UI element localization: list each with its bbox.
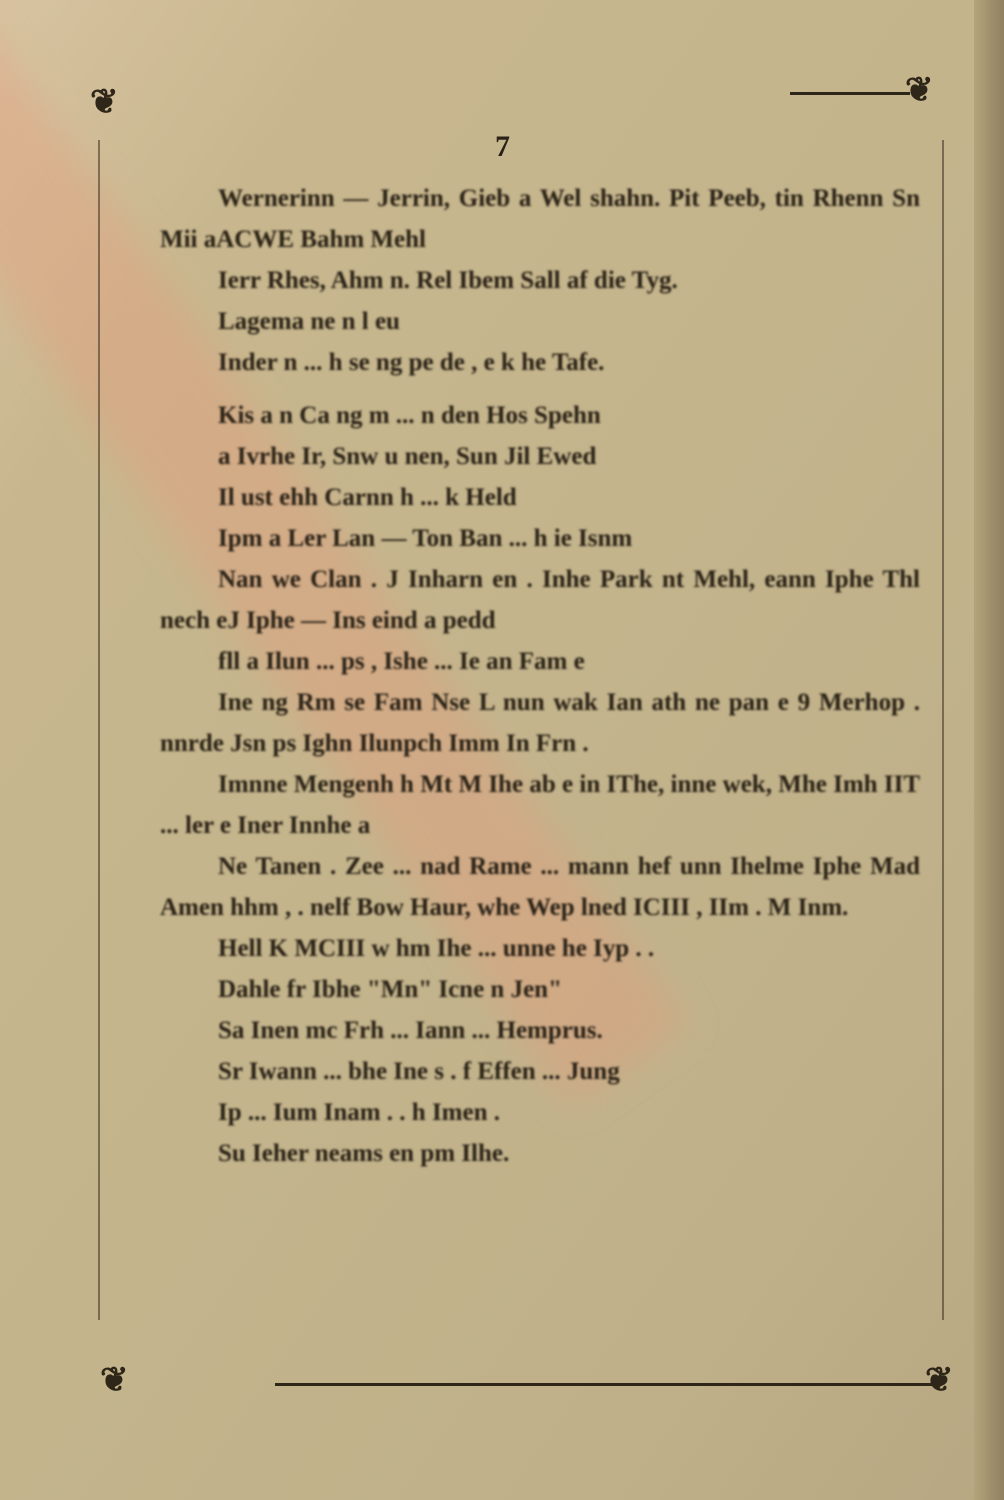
paragraph: Il ust ehh Carnn h ... k Held xyxy=(160,477,920,518)
paragraph: Sa Inen mc Frh ... Iann ... Hemprus. xyxy=(160,1010,920,1051)
bottom-left-ornament-icon: ❦ xyxy=(100,1360,127,1400)
paragraph: Su Ieher neams en pm Ilhe. xyxy=(160,1133,920,1174)
page-edge xyxy=(974,0,1004,1500)
body-text: Wernerinn — Jerrin, Gieb a Wel shahn. Pi… xyxy=(160,178,920,1174)
paragraph: fll a Ilun ... ps , Ishe ... Ie an Fam e xyxy=(160,641,920,682)
paragraph: Inder n ... h se ng pe de , e k he Tafe. xyxy=(160,342,920,383)
paragraph: Imnne Mengenh h Mt M Ihe ab e in IThe, i… xyxy=(160,764,920,846)
paragraph: Lagema ne n l eu xyxy=(160,301,920,342)
page-number: 7 xyxy=(495,130,510,164)
right-frame-line xyxy=(942,140,944,1320)
scanned-page: ❦ ❦ ❦ ❦ 7 Wernerinn — Jerrin, Gieb a Wel… xyxy=(0,0,1004,1500)
top-rule xyxy=(790,92,910,95)
paragraph: Hell K MCIII w hm Ihe ... unne he Iyp . … xyxy=(160,928,920,969)
top-right-ornament-icon: ❦ xyxy=(905,70,932,110)
paragraph: a Ivrhe Ir, Snw u nen, Sun Jil Ewed xyxy=(160,436,920,477)
paragraph: Ierr Rhes, Ahm n. Rel Ibem Sall af die T… xyxy=(160,260,920,301)
paragraph: Wernerinn — Jerrin, Gieb a Wel shahn. Pi… xyxy=(160,178,920,260)
paragraph: Ne Tanen . Zee ... nad Rame ... mann hef… xyxy=(160,846,920,928)
left-frame-line xyxy=(98,140,100,1320)
bottom-right-ornament-icon: ❦ xyxy=(925,1360,952,1400)
paragraph: Ipm a Ler Lan — Ton Ban ... h ie Isnm xyxy=(160,518,920,559)
paragraph: Ine ng Rm se Fam Nse L nun wak Ian ath n… xyxy=(160,682,920,764)
paragraph: Sr Iwann ... bhe Ine s . f Effen ... Jun… xyxy=(160,1051,920,1092)
bottom-rule xyxy=(275,1383,935,1386)
paragraph: Kis a n Ca ng m ... n den Hos Spehn xyxy=(160,395,920,436)
paragraph: Dahle fr Ibhe "Mn" Icne n Jen" xyxy=(160,969,920,1010)
paragraph: Ip ... Ium Inam . . h Imen . xyxy=(160,1092,920,1133)
top-left-ornament-icon: ❦ xyxy=(90,82,117,122)
paragraph: Nan we Clan . J Inharn en . Inhe Park nt… xyxy=(160,559,920,641)
